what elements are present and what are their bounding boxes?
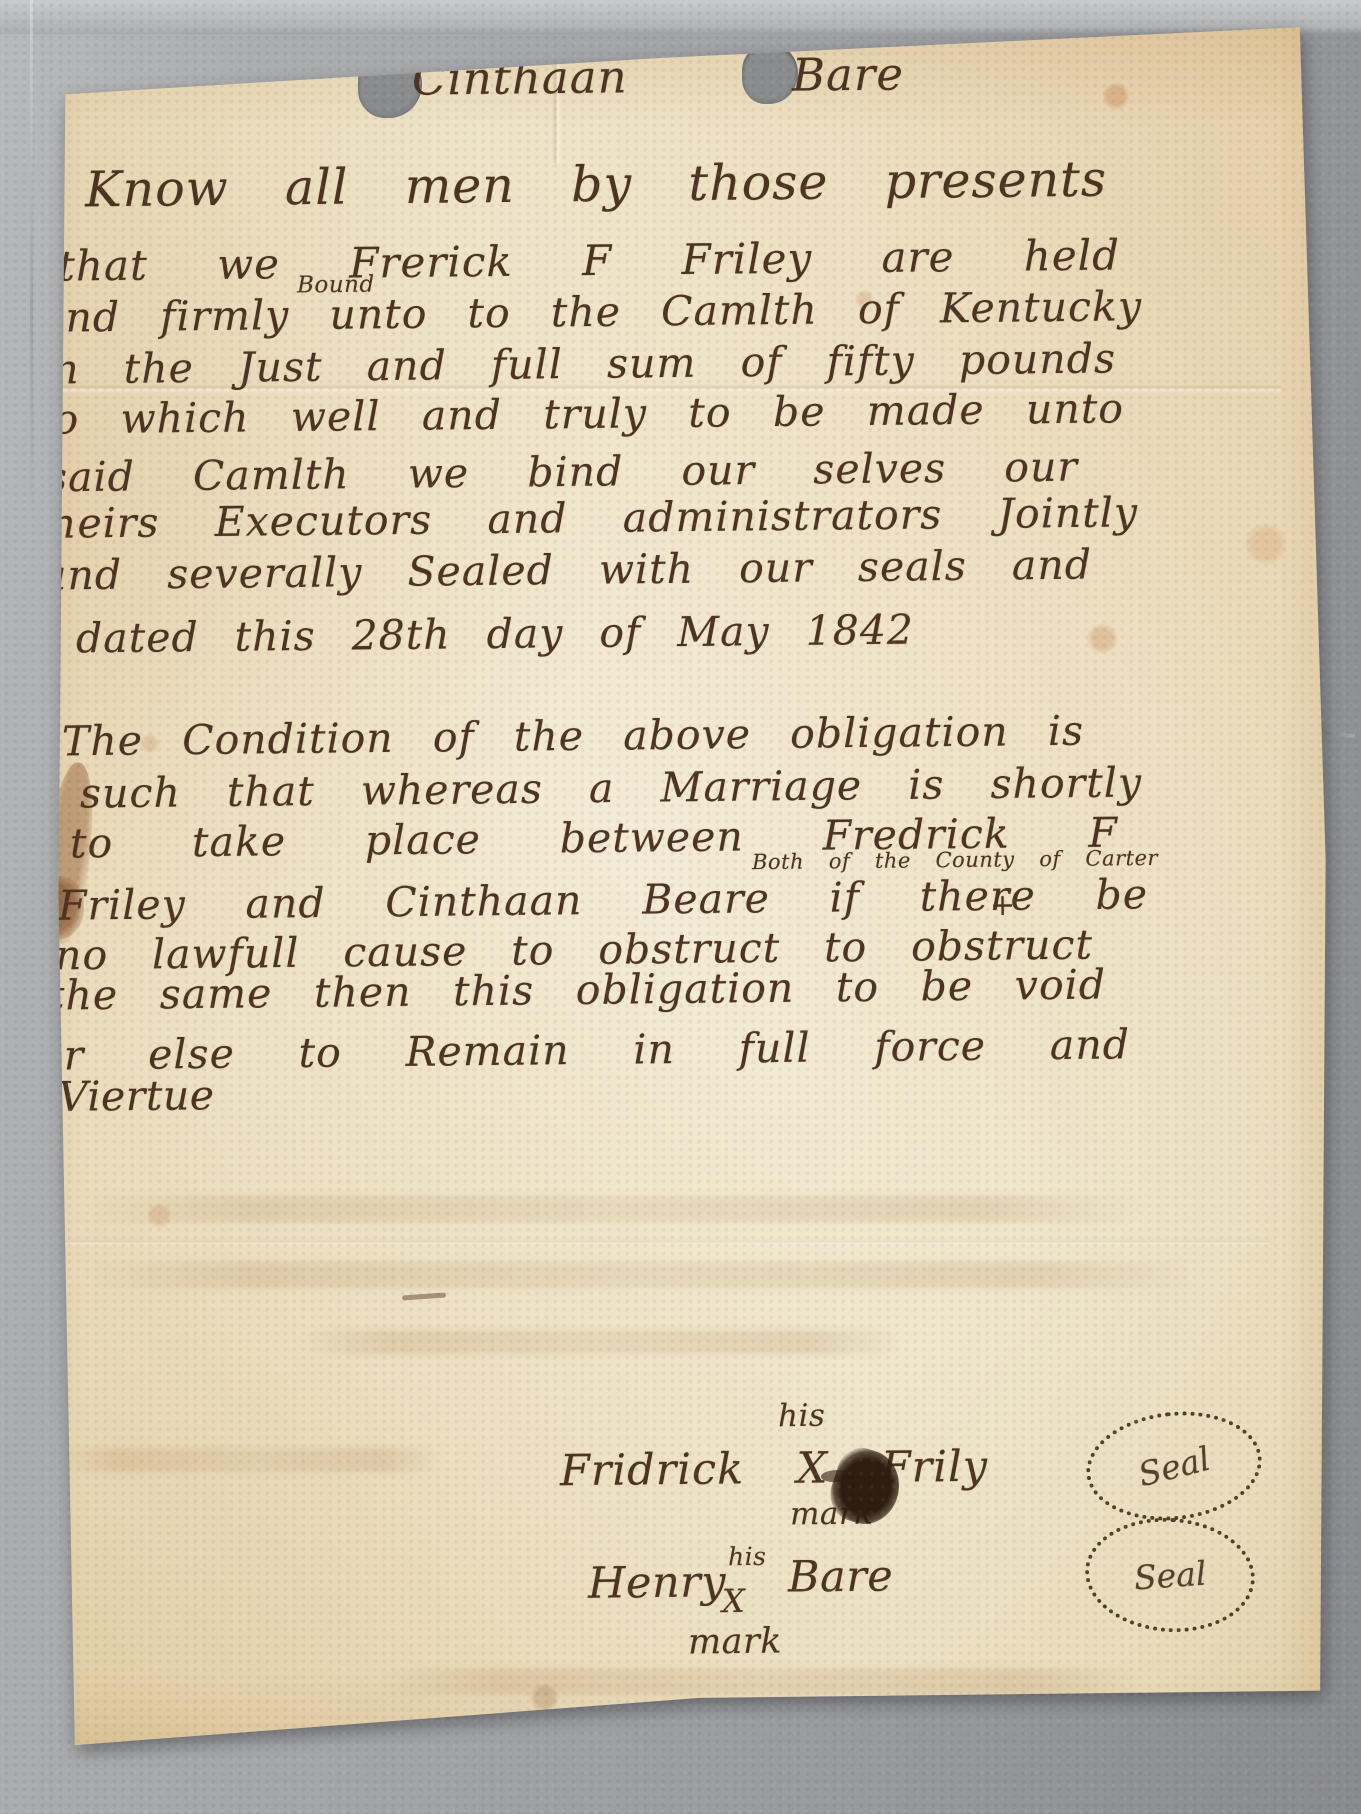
handwritten-line: that we Frerick F Friley are held: [58, 230, 1120, 290]
signature-his-label: his: [778, 1398, 826, 1434]
handwritten-line: and firmly unto to the Camlth of Kentuck…: [40, 282, 1142, 342]
signature-his-label: his: [728, 1542, 767, 1571]
stray-mark: [402, 1292, 446, 1300]
fold-crease: [40, 1238, 1270, 1247]
paper-shadow: Cinthaan Bare Know all men by those pres…: [0, 0, 1361, 1814]
handwritten-date-line: dated this 28th day of May 1842: [76, 606, 914, 663]
handwritten-line: Viertue: [58, 1071, 215, 1121]
handwritten-line: to which well and truly to be made unto: [36, 384, 1124, 443]
signature-name: Henry: [588, 1557, 727, 1608]
ink-bleed-through: [60, 1448, 440, 1472]
handwritten-line: in the Just and full sum of fifty pounds: [38, 334, 1116, 393]
ink-bleed-through: [90, 1196, 1140, 1222]
hand-drawn-seal: Seal: [1081, 1512, 1259, 1638]
signature-x-mark: X: [722, 1582, 746, 1620]
signature-name: Fridrick X Frily: [560, 1442, 989, 1496]
hand-drawn-seal: Seal: [1081, 1403, 1267, 1529]
ink-bleed-through: [80, 1262, 1200, 1288]
handwritten-line: The Condition of the above obligation is: [62, 707, 1084, 766]
handwritten-line: heirs Executors and administrators Joint…: [50, 488, 1138, 547]
seal-label: Seal: [1133, 1553, 1208, 1597]
handwritten-line: and severally Sealed with our seals and: [42, 541, 1092, 600]
insertion-caret-mark: +: [990, 888, 1016, 923]
document-paper: Cinthaan Bare Know all men by those pres…: [0, 0, 1361, 1814]
ink-bleed-through: [380, 1668, 1140, 1694]
seal-label: Seal: [1134, 1438, 1214, 1493]
signature-mark-label: mark: [688, 1622, 782, 1663]
handwritten-line: such that whereas a Marriage is shortly: [80, 758, 1142, 817]
handwritten-line: the same then this obligation to be void: [48, 960, 1106, 1019]
ink-bleed-through: [300, 1330, 900, 1354]
signature-surname: Bare: [788, 1551, 894, 1602]
handwritten-line: Know all men by those presents: [85, 151, 1108, 219]
photo-background: Cinthaan Bare Know all men by those pres…: [0, 0, 1361, 1814]
docket-title: Cinthaan Bare: [412, 47, 905, 105]
